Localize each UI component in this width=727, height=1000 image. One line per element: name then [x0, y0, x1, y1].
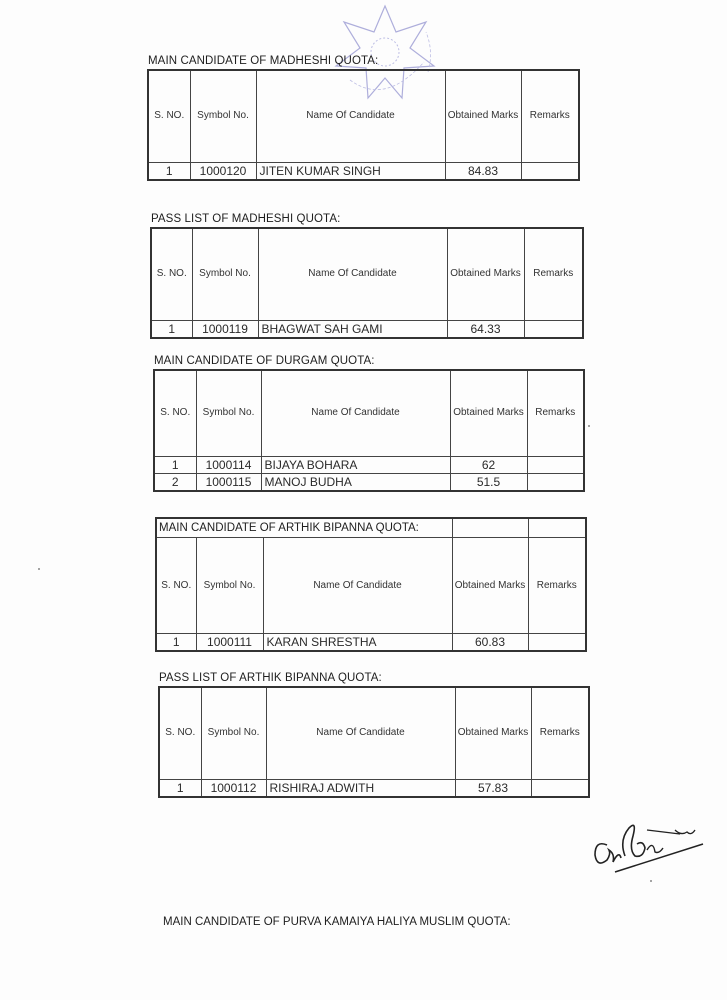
cell-symbol: 1000114 — [196, 456, 261, 473]
cell-sno: 1 — [148, 162, 190, 180]
cell-remarks — [528, 634, 586, 652]
durgam-main-table: S. NO. Symbol No. Name Of Candidate Obta… — [153, 369, 585, 492]
cell-name: KARAN SHRESTHA — [263, 634, 452, 652]
col-marks: Obtained Marks — [445, 70, 521, 162]
col-marks: Obtained Marks — [447, 228, 524, 320]
col-sno: S. NO. — [154, 370, 196, 456]
cell-sno: 1 — [156, 634, 196, 652]
scan-speck — [588, 425, 590, 427]
empty-cell — [528, 518, 586, 538]
cell-symbol: 1000112 — [201, 779, 266, 797]
col-remarks: Remarks — [521, 70, 579, 162]
col-remarks: Remarks — [528, 538, 586, 634]
col-name: Name Of Candidate — [258, 228, 447, 320]
col-marks: Obtained Marks — [450, 370, 527, 456]
cell-remarks — [527, 473, 584, 491]
madheshi-main-section: MAIN CANDIDATE OF MADHESHI QUOTA: S. NO.… — [147, 55, 580, 181]
arthik-main-section: MAIN CANDIDATE OF ARTHIK BIPANNA QUOTA: … — [155, 517, 587, 652]
cell-symbol: 1000120 — [190, 162, 256, 180]
col-remarks: Remarks — [531, 687, 589, 779]
cell-marks: 84.83 — [445, 162, 521, 180]
cell-remarks — [524, 320, 583, 338]
table-row: 1 1000112 RISHIRAJ ADWITH 57.83 — [159, 779, 589, 797]
cell-symbol: 1000111 — [196, 634, 263, 652]
cell-remarks — [521, 162, 579, 180]
table-row: 1 1000120 JITEN KUMAR SINGH 84.83 — [148, 162, 579, 180]
section-title: MAIN CANDIDATE OF MADHESHI QUOTA: — [148, 55, 580, 68]
col-sno: S. NO. — [156, 538, 196, 634]
cell-name: MANOJ BUDHA — [261, 473, 450, 491]
cell-marks: 64.33 — [447, 320, 524, 338]
arthik-main-table: MAIN CANDIDATE OF ARTHIK BIPANNA QUOTA: … — [155, 517, 587, 652]
cell-remarks — [527, 456, 584, 473]
col-remarks: Remarks — [527, 370, 584, 456]
cell-sno: 1 — [151, 320, 192, 338]
col-name: Name Of Candidate — [256, 70, 445, 162]
table-row: 1 1000114 BIJAYA BOHARA 62 — [154, 456, 584, 473]
table-row: 2 1000115 MANOJ BUDHA 51.5 — [154, 473, 584, 491]
cell-name: BIJAYA BOHARA — [261, 456, 450, 473]
cell-marks: 51.5 — [450, 473, 527, 491]
col-symbol: Symbol No. — [201, 687, 266, 779]
durgam-main-section: MAIN CANDIDATE OF DURGAM QUOTA: S. NO. S… — [153, 355, 585, 492]
col-name: Name Of Candidate — [266, 687, 455, 779]
empty-cell — [452, 518, 528, 538]
col-name: Name Of Candidate — [261, 370, 450, 456]
section-title: MAIN CANDIDATE OF ARTHIK BIPANNA QUOTA: — [156, 518, 452, 538]
col-marks: Obtained Marks — [452, 538, 528, 634]
table-row: 1 1000111 KARAN SHRESTHA 60.83 — [156, 634, 586, 652]
section-title: PASS LIST OF ARTHIK BIPANNA QUOTA: — [159, 672, 590, 685]
cell-sno: 1 — [154, 456, 196, 473]
col-name: Name Of Candidate — [263, 538, 452, 634]
header-row: S. NO. Symbol No. Name Of Candidate Obta… — [156, 538, 586, 634]
col-remarks: Remarks — [524, 228, 583, 320]
cell-name: BHAGWAT SAH GAMI — [258, 320, 447, 338]
scan-speck — [38, 568, 40, 570]
header-row: S. NO. Symbol No. Name Of Candidate Obta… — [151, 228, 583, 320]
cell-sno: 1 — [159, 779, 201, 797]
cell-marks: 62 — [450, 456, 527, 473]
col-symbol: Symbol No. — [192, 228, 258, 320]
madheshi-main-table: S. NO. Symbol No. Name Of Candidate Obta… — [147, 69, 580, 181]
madheshi-pass-section: PASS LIST OF MADHESHI QUOTA: S. NO. Symb… — [150, 213, 584, 339]
col-symbol: Symbol No. — [190, 70, 256, 162]
cell-remarks — [531, 779, 589, 797]
cell-symbol: 1000119 — [192, 320, 258, 338]
col-sno: S. NO. — [151, 228, 192, 320]
cell-marks: 60.83 — [452, 634, 528, 652]
section-title: MAIN CANDIDATE OF DURGAM QUOTA: — [154, 355, 585, 368]
arthik-pass-table: S. NO. Symbol No. Name Of Candidate Obta… — [158, 686, 590, 798]
cell-marks: 57.83 — [455, 779, 531, 797]
title-row: MAIN CANDIDATE OF ARTHIK BIPANNA QUOTA: — [156, 518, 586, 538]
col-symbol: Symbol No. — [196, 538, 263, 634]
cell-name: JITEN KUMAR SINGH — [256, 162, 445, 180]
header-row: S. NO. Symbol No. Name Of Candidate Obta… — [154, 370, 584, 456]
col-symbol: Symbol No. — [196, 370, 261, 456]
cell-symbol: 1000115 — [196, 473, 261, 491]
signature-icon — [585, 810, 715, 880]
header-row: S. NO. Symbol No. Name Of Candidate Obta… — [159, 687, 589, 779]
header-row: S. NO. Symbol No. Name Of Candidate Obta… — [148, 70, 579, 162]
arthik-pass-section: PASS LIST OF ARTHIK BIPANNA QUOTA: S. NO… — [158, 672, 590, 798]
col-marks: Obtained Marks — [455, 687, 531, 779]
section-title: PASS LIST OF MADHESHI QUOTA: — [151, 213, 584, 226]
cell-sno: 2 — [154, 473, 196, 491]
cell-name: RISHIRAJ ADWITH — [266, 779, 455, 797]
col-sno: S. NO. — [148, 70, 190, 162]
table-row: 1 1000119 BHAGWAT SAH GAMI 64.33 — [151, 320, 583, 338]
purva-kamaiya-section-title: MAIN CANDIDATE OF PURVA KAMAIYA HALIYA M… — [163, 916, 511, 928]
scan-speck — [650, 880, 652, 882]
madheshi-pass-table: S. NO. Symbol No. Name Of Candidate Obta… — [150, 227, 584, 339]
col-sno: S. NO. — [159, 687, 201, 779]
